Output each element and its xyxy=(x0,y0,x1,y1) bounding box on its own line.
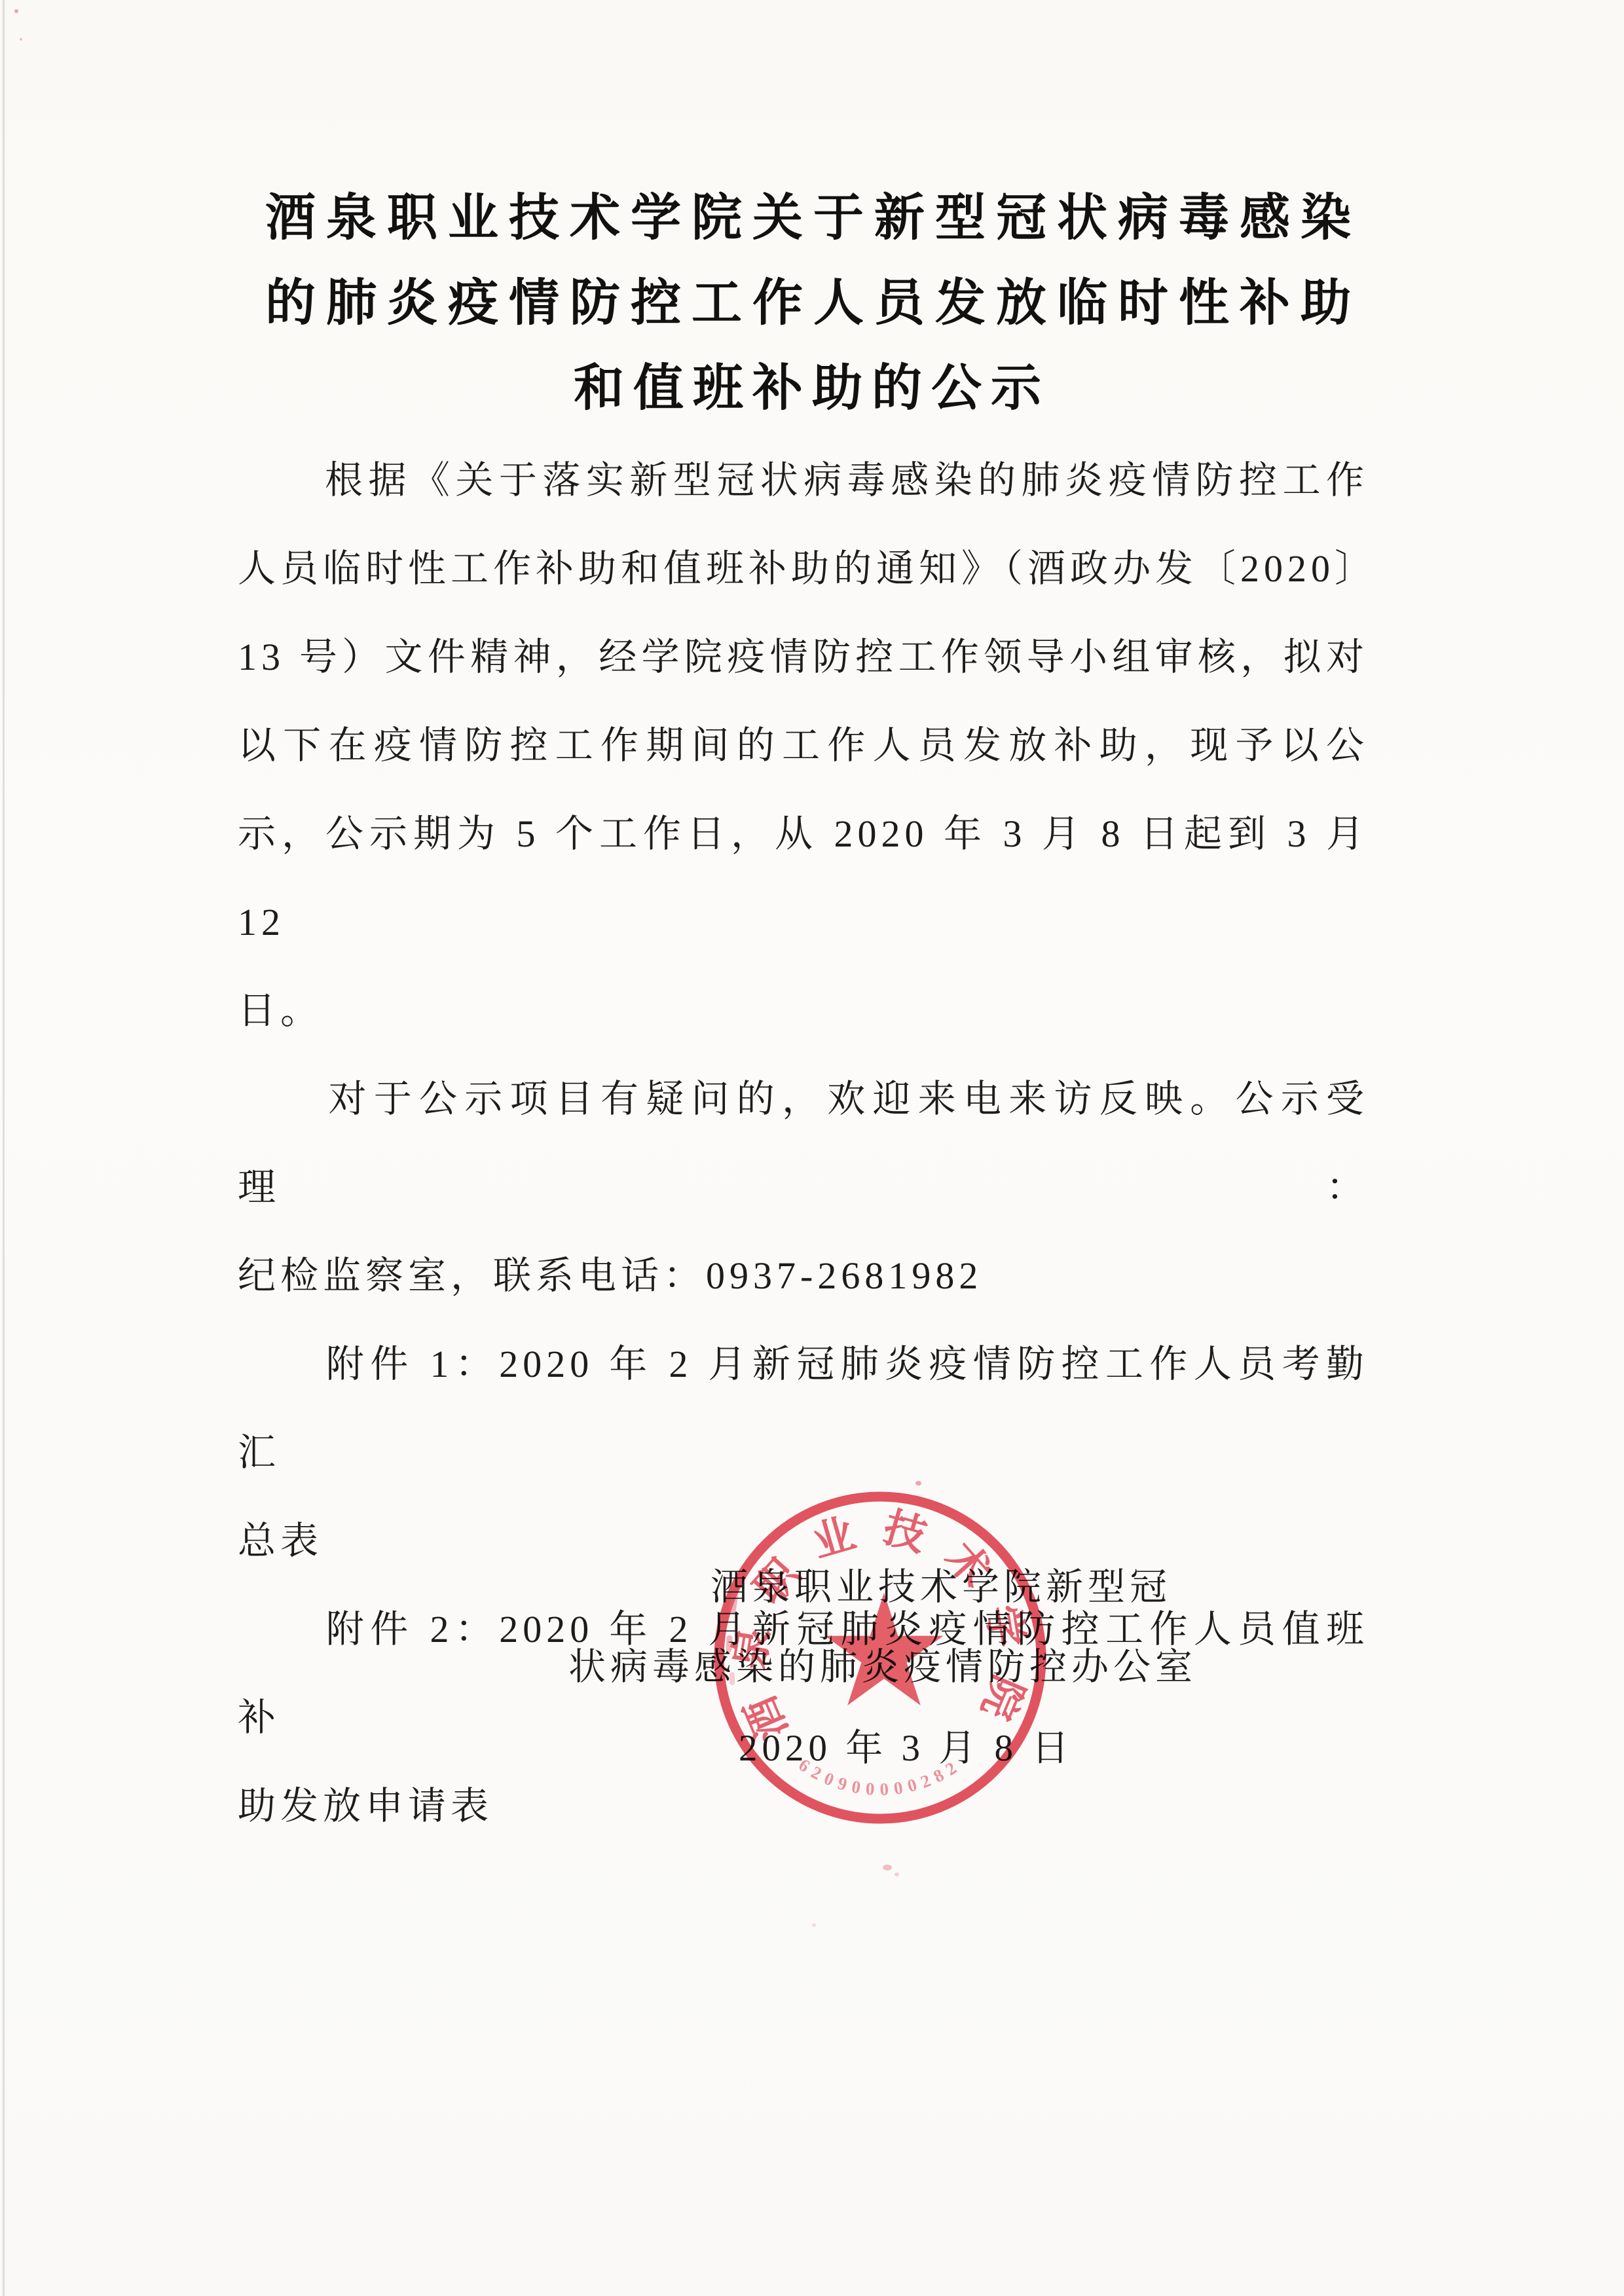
title-line-2: 的肺炎疫情防控工作人员发放临时性补助 xyxy=(265,261,1359,346)
body-line-7: 对于公示项目有疑问的，欢迎来电来访反映。公示受理： xyxy=(238,1055,1369,1231)
body-line-8: 纪检监察室，联系电话：0937-2681982 xyxy=(238,1231,1369,1320)
title-line-3: 和值班补助的公示 xyxy=(265,346,1359,431)
ink-speck xyxy=(20,38,22,41)
body-line-4: 以下在疫情防控工作期间的工作人员发放补助，现予以公 xyxy=(238,701,1369,790)
body-line-2: 人员临时性工作补助和值班补助的通知》（酒政办发〔2020〕 xyxy=(238,524,1369,613)
body-line-3: 13 号）文件精神，经学院疫情防控工作领导小组审核，拟对 xyxy=(238,613,1369,701)
ink-speck xyxy=(883,1865,892,1870)
scan-edge-line xyxy=(3,0,5,2296)
ink-speck xyxy=(14,9,18,13)
body-line-6: 日。 xyxy=(238,966,1369,1055)
seal-star-icon xyxy=(825,1593,944,1705)
body-line-5: 示，公示期为 5 个工作日，从 2020 年 3 月 8 日起到 3 月 12 xyxy=(238,790,1369,966)
seal-serial-number: 620900000282 xyxy=(795,1755,965,1799)
body-line-1: 根据《关于落实新型冠状病毒感染的肺炎疫情防控工作 xyxy=(238,436,1369,524)
official-seal: 酒泉职业技术学院 620900000282 xyxy=(706,1484,1054,1832)
ink-speck xyxy=(895,1872,899,1876)
document-title: 酒泉职业技术学院关于新型冠状病毒感染 的肺炎疫情防控工作人员发放临时性补助 和值… xyxy=(265,175,1359,431)
title-line-1: 酒泉职业技术学院关于新型冠状病毒感染 xyxy=(265,175,1359,261)
body-line-9: 附件 1：2020 年 2 月新冠肺炎疫情防控工作人员考勤汇 xyxy=(238,1320,1369,1497)
ink-speck xyxy=(812,1923,816,1927)
